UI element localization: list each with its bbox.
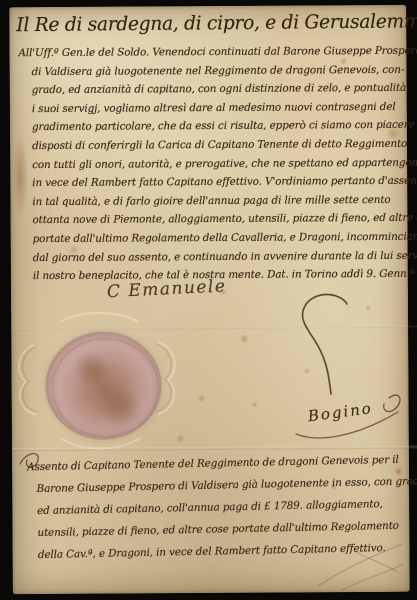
body-line: grado, ed anzianità di capitano, con ogn… (32, 79, 405, 100)
stain (239, 334, 249, 344)
body-paragraph: All'Uff.º Gen.le del Soldo. Venendoci co… (18, 42, 405, 286)
fold-crease (11, 326, 417, 331)
countersignature: Bogino (307, 399, 374, 425)
body-line: dal giorno del suo assento, e continuand… (33, 246, 406, 267)
body-line: i suoi servigj, vogliamo altresì dare al… (32, 98, 405, 119)
body-line: gradimento particolare, che da essi ci r… (32, 116, 405, 137)
stain (365, 305, 371, 311)
stain (176, 434, 185, 443)
document-heading: Il Re di sardegna, di cipro, e di Gerusa… (16, 10, 396, 36)
paper-sheet: Il Re di sardegna, di cipro, e di Gerusa… (9, 5, 410, 594)
body-line: in vece del Rambert fatto Capitano effet… (32, 172, 405, 193)
body-line: portate dall'ultimo Regolamento della Ca… (33, 228, 406, 249)
body-line: All'Uff.º Gen.le del Soldo. Venendoci co… (18, 42, 404, 63)
wax-seal-ring (51, 337, 160, 438)
body-line: con tutti gli onori, autorità, e preroga… (32, 153, 405, 174)
stain (252, 402, 258, 408)
manuscript-photo: Il Re di sardegna, di cipro, e di Gerusa… (0, 0, 417, 600)
body-line: disposti di conferirgli la Carica di Cap… (32, 135, 405, 156)
assento-paragraph: Assento di Capitano Tenente del Reggimen… (36, 448, 416, 566)
body-line: di Valdisera già luogotenente nel Reggim… (32, 60, 405, 81)
body-line: ottanta nove di Piemonte, alloggiamento,… (32, 209, 405, 230)
stain (198, 394, 206, 402)
stain (303, 367, 310, 374)
body-line: in tal qualità, e di farlo gioire dell'a… (32, 191, 405, 212)
